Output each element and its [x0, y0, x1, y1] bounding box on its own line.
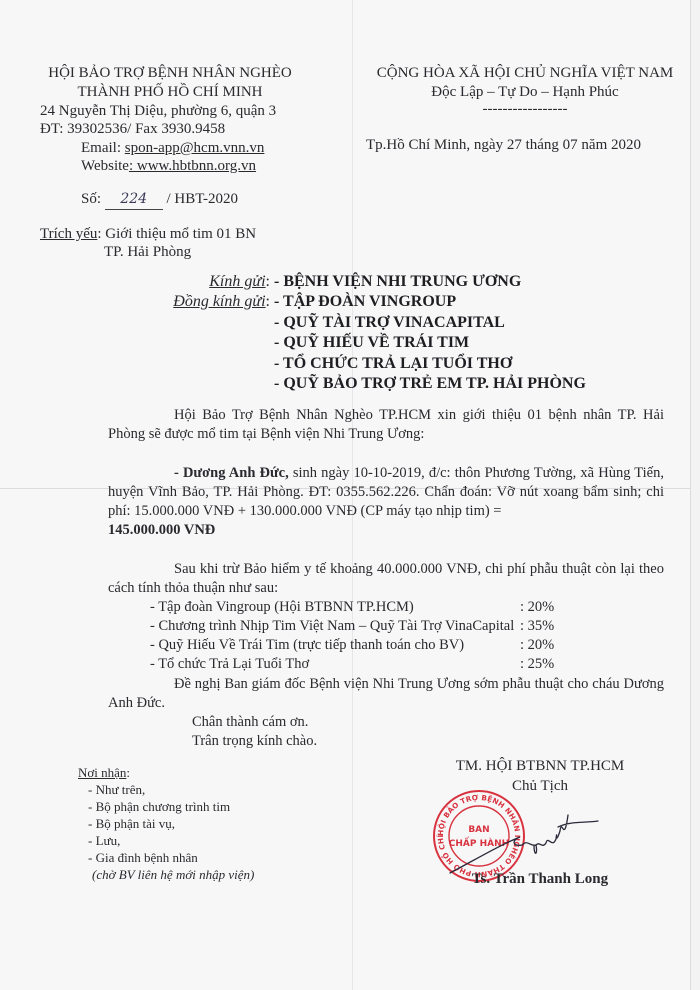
to-label-wrap: Kính gửi: [150, 272, 270, 293]
cc-label-wrap: Đồng kính gửi: [150, 292, 270, 313]
org-phone-fax: ĐT: 39302536/ Fax 3930.9458 [40, 120, 225, 139]
number-handwritten: 224 [120, 191, 147, 207]
org-name: HỘI BẢO TRỢ BỆNH NHÂN NGHÈO THÀNH PHỐ HỒ… [20, 64, 320, 102]
subject-line: Trích yếu: Giới thiệu mổ tim 01 BN [40, 225, 256, 244]
org-address: 24 Nguyễn Thị Diệu, phường 6, quận 3 [40, 102, 276, 121]
allocation-label: - Tập đoàn Vingroup (Hội BTBNN TP.HCM) [150, 598, 520, 617]
closing-regards: Trân trọng kính chào. [192, 732, 317, 751]
email-label: Email: [81, 140, 125, 156]
subject-text: : Giới thiệu mổ tim 01 BN [97, 226, 256, 242]
nation-motto: Độc Lập – Tự Do – Hạnh Phúc [355, 83, 695, 102]
cc-item: - QUỸ BẢO TRỢ TRẺ EM TP. HẢI PHÒNG [274, 374, 586, 395]
allocation-row: - Quỹ Hiếu Về Trái Tim (trực tiếp thanh … [150, 636, 554, 655]
document-number: Số: 224 / HBT-2020 [81, 190, 238, 210]
cc-item: - TẬP ĐOÀN VINGROUP [274, 292, 586, 313]
header-separator: ----------------- [355, 102, 695, 116]
allocation-percent: : 35% [520, 617, 554, 636]
allocation-percent: : 20% [520, 598, 554, 617]
allocation-label: - Tổ chức Trả Lại Tuổi Thơ [150, 655, 520, 674]
cc-item: - QUỸ TÀI TRỢ VINACAPITAL [274, 313, 586, 334]
allocation-label: - Quỹ Hiếu Về Trái Tim (trực tiếp thanh … [150, 636, 520, 655]
nation-title: CỘNG HÒA XÃ HỘI CHỦ NGHĨA VIỆT NAM [355, 64, 695, 83]
patient-paragraph: - Dương Anh Đức, sinh ngày 10-10-2019, đ… [108, 464, 664, 540]
website-label: Website [81, 158, 129, 174]
cc-list: - TẬP ĐOÀN VINGROUP - QUỸ TÀI TRỢ VINACA… [274, 292, 586, 395]
org-line-1: HỘI BẢO TRỢ BỆNH NHÂN NGHÈO [20, 64, 320, 83]
allocation-row: - Tập đoàn Vingroup (Hội BTBNN TP.HCM) :… [150, 598, 554, 617]
email-link[interactable]: spon-app@hcm.vnn.vn [125, 140, 265, 156]
allocation-row: - Tổ chức Trả Lại Tuổi Thơ : 25% [150, 655, 554, 674]
subject-label: Trích yếu [40, 226, 97, 242]
distribution-item: - Như trên, [88, 781, 254, 798]
org-email-line: Email: spon-app@hcm.vnn.vn [81, 139, 264, 158]
distribution-item: - Lưu, [88, 832, 254, 849]
allocation-list: - Tập đoàn Vingroup (Hội BTBNN TP.HCM) :… [150, 598, 554, 674]
distribution-item: - Bộ phận chương trình tim [88, 798, 254, 815]
distribution-item: - Gia đình bệnh nhân [88, 849, 254, 866]
patient-name: - Dương Anh Đức, [174, 465, 289, 481]
recipient-primary: - BỆNH VIỆN NHI TRUNG ƯƠNG [274, 272, 521, 293]
allocation-label: - Chương trình Nhịp Tim Việt Nam – Quỹ T… [150, 617, 520, 636]
org-website-line: Website: www.hbtbnn.org.vn [81, 157, 256, 176]
cc-label: Đồng kính gửi [173, 293, 265, 310]
distribution-note: (chờ BV liên hệ mới nhập viện) [88, 866, 254, 883]
allocation-row: - Chương trình Nhịp Tim Việt Nam – Quỹ T… [150, 617, 554, 636]
number-label: Số: [81, 191, 105, 207]
signature-on-behalf: TM. HỘI BTBNN TP.HCM [420, 757, 660, 776]
subject-text-2: TP. Hải Phòng [104, 243, 191, 262]
cc-item: - QUỸ HIẾU VỀ TRÁI TIM [274, 333, 586, 354]
allocation-percent: : 25% [520, 655, 554, 674]
closing-thanks: Chân thành cám ơn. [192, 713, 308, 732]
number-suffix: / HBT-2020 [163, 191, 238, 207]
national-header: CỘNG HÒA XÃ HỘI CHỦ NGHĨA VIỆT NAM Độc L… [355, 64, 695, 116]
to-label: Kính gửi [209, 273, 265, 290]
signer-name: Ts. Trần Thanh Long [420, 870, 660, 889]
letter-page: HỘI BẢO TRỢ BỆNH NHÂN NGHÈO THÀNH PHỐ HỒ… [0, 0, 691, 990]
allocation-intro: Sau khi trừ Bảo hiểm y tế khoảng 40.000.… [108, 560, 664, 598]
website-link[interactable]: : www.hbtbnn.org.vn [129, 158, 256, 174]
allocation-percent: : 20% [520, 636, 554, 655]
total-cost: 145.000.000 VNĐ [108, 522, 215, 538]
request-paragraph: Đề nghị Ban giám đốc Bệnh viện Nhi Trung… [108, 675, 664, 713]
distribution-item: - Bộ phận tài vụ, [88, 815, 254, 832]
distribution-label: Nơi nhận [78, 765, 126, 780]
intro-paragraph: Hội Bảo Trợ Bệnh Nhân Nghèo TP.HCM xin g… [108, 406, 664, 444]
distribution-list: Nơi nhận: - Như trên, - Bộ phận chương t… [78, 764, 254, 883]
cc-item: - TỔ CHỨC TRẢ LẠI TUỔI THƠ [274, 354, 586, 375]
org-line-2: THÀNH PHỐ HỒ CHÍ MINH [20, 83, 320, 102]
date-line: Tp.Hồ Chí Minh, ngày 27 tháng 07 năm 202… [366, 136, 641, 155]
